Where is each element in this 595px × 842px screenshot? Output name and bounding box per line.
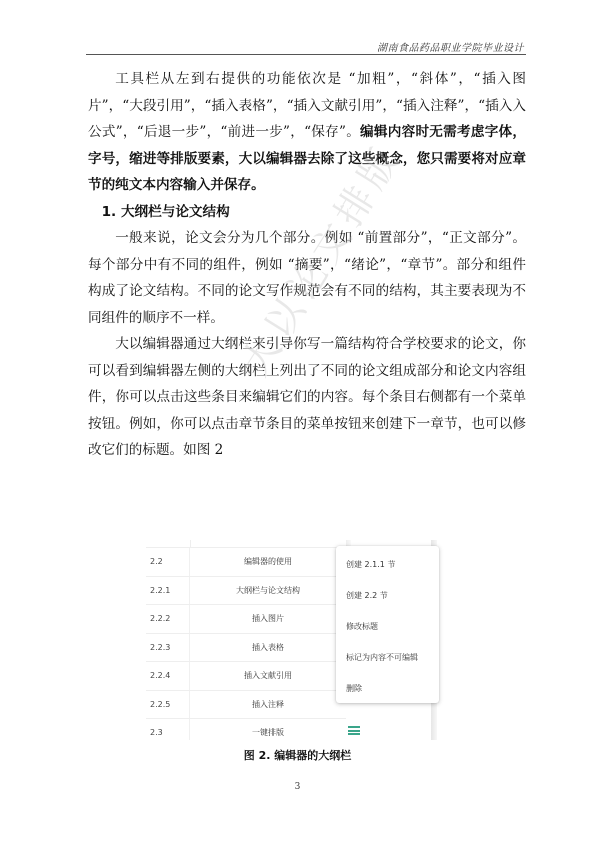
outline-row[interactable]: 2.2.3 插入表格 [146,634,346,663]
outline-row[interactable]: 2.2 编辑器的使用 [146,548,346,577]
menu-item-lock-content[interactable]: 标记为内容不可编辑 [336,642,439,673]
menu-item-delete[interactable]: 删除 [336,673,439,704]
header-title: 湖南食品药品职业学院毕业设计 [377,39,524,54]
outline-row-title: 大纲栏与论文结构 [190,585,346,596]
page-header: 湖南食品药品职业学院毕业设计 [86,38,526,55]
menu-item-create-section[interactable]: 创建 2.2 节 [336,580,439,611]
outline-row-number: 2.2 [146,548,190,576]
outline-row-title: 编辑器的使用 [190,556,346,567]
paragraph-toolbar: 工具栏从左到右提供的功能依次是 “加粗”，“斜体”，“插入图片”，“大段引用”，… [88,66,526,199]
outline-row-number: 2.3 [146,719,190,740]
outline-row-title: 插入注释 [190,699,346,710]
outline-row[interactable]: 2.2.5 插入注释 [146,691,346,720]
outline-figure: 2.2 编辑器的使用 2.2.1 大纲栏与论文结构 2.2.2 插入图片 2.2… [146,540,446,740]
page-number: 3 [0,782,595,792]
outline-row-title: 插入图片 [190,613,346,624]
outline-row-number: 2.2.5 [146,691,190,719]
section-heading: 1. 大纲栏与论文结构 [88,199,526,226]
figure-caption: 图 2. 编辑器的大纲栏 [0,747,595,763]
list-menu-icon[interactable] [348,726,360,735]
paragraph-structure: 一般来说，论文会分为几个部分。例如 “前置部分”，“正文部分”。每个部分中有不同… [88,225,526,331]
menu-item-rename[interactable]: 修改标题 [336,611,439,642]
outline-row-number: 2.2.2 [146,605,190,633]
outline-row[interactable]: 2.2.2 插入图片 [146,605,346,634]
outline-row-title: 插入表格 [190,642,346,653]
outline-row-title: 插入文献引用 [190,670,346,681]
outline-row-number: 2.2.1 [146,577,190,605]
paragraph-outline: 大以编辑器通过大纲栏来引导你写一篇结构符合学校要求的论文，你可以看到编辑器左侧的… [88,331,526,464]
outline-row-title: 一键排版 [190,727,346,738]
context-menu: 创建 2.1.1 节 创建 2.2 节 修改标题 标记为内容不可编辑 删除 [336,546,439,703]
outline-panel: 2.2 编辑器的使用 2.2.1 大纲栏与论文结构 2.2.2 插入图片 2.2… [146,540,346,740]
outline-row-number: 2.2.3 [146,634,190,662]
outline-top-spacer [146,540,346,548]
menu-item-create-subsection[interactable]: 创建 2.1.1 节 [336,549,439,580]
document-body: 工具栏从左到右提供的功能依次是 “加粗”，“斜体”，“插入图片”，“大段引用”，… [88,66,526,464]
outline-row[interactable]: 2.2.1 大纲栏与论文结构 [146,577,346,606]
outline-row[interactable]: 2.3 一键排版 [146,719,346,740]
outline-row-number: 2.2.4 [146,662,190,690]
outline-row[interactable]: 2.2.4 插入文献引用 [146,662,346,691]
